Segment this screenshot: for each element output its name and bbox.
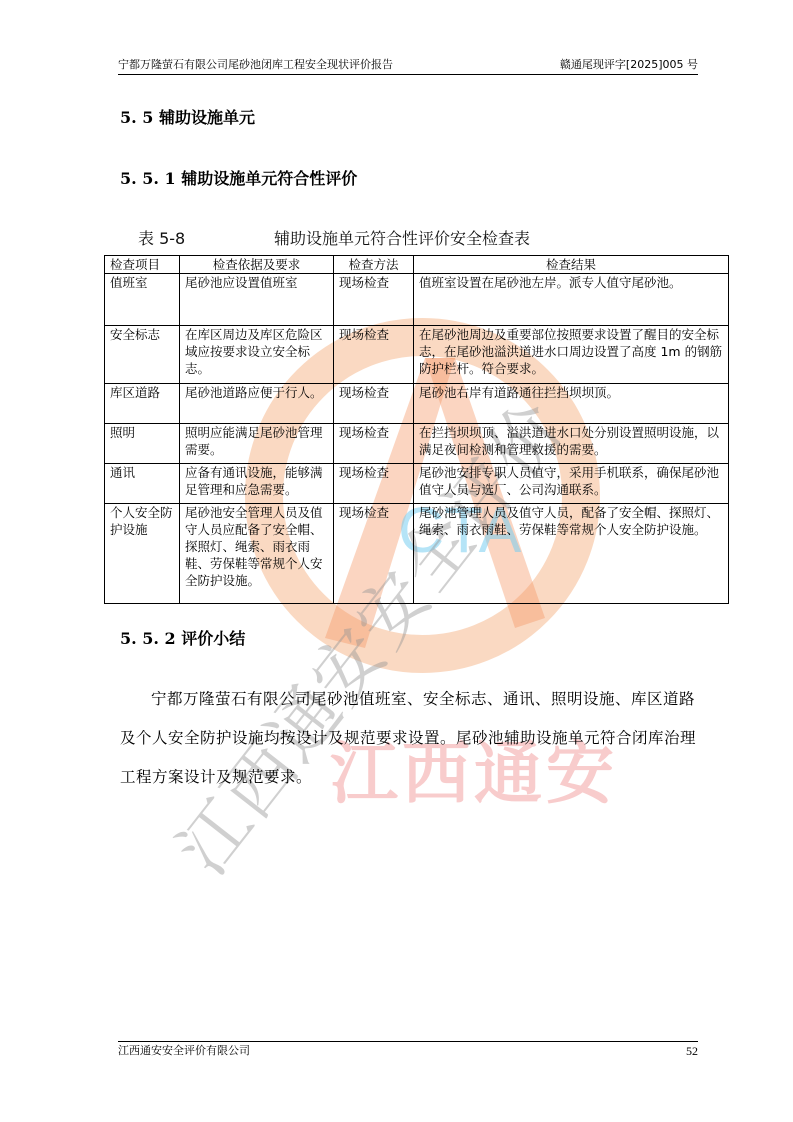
cell-result: 在拦挡坝坝顶、溢洪道进水口处分别设置照明设施，以满足夜间检测和管理救援的需要。 [414, 424, 729, 464]
footer-company: 江西通安安全评价有限公司 [118, 1043, 250, 1059]
col-header-item: 检查项目 [105, 256, 180, 274]
section-heading-5-5-1: 5. 5. 1 辅助设施单元符合性评价 [120, 166, 357, 189]
page-header: 宁都万隆萤石有限公司尾砂池闭库工程安全现状评价报告 赣通尾现评字[2025]00… [118, 56, 698, 75]
cell-requirement: 尾砂池安全管理人员及值守人员应配备了安全帽、探照灯、绳索、雨衣雨鞋、劳保鞋等常规… [180, 504, 334, 604]
cell-result: 值班室设置在尾砂池左岸。派专人值守尾砂池。 [414, 274, 729, 326]
cell-result: 尾砂池右岸有道路通往拦挡坝坝顶。 [414, 384, 729, 424]
cell-method: 现场检查 [334, 274, 414, 326]
cell-requirement: 尾砂池道路应便于行人。 [180, 384, 334, 424]
table-row: 个人安全防护设施 尾砂池安全管理人员及值守人员应配备了安全帽、探照灯、绳索、雨衣… [105, 504, 729, 604]
cell-method: 现场检查 [334, 464, 414, 504]
cell-method: 现场检查 [334, 326, 414, 384]
cell-result: 尾砂池管理人员及值守人员，配备了安全帽、探照灯、绳索、雨衣雨鞋、劳保鞋等常规个人… [414, 504, 729, 604]
col-header-result: 检查结果 [414, 256, 729, 274]
cell-method: 现场检查 [334, 424, 414, 464]
cell-requirement: 照明应能满足尾砂池管理需要。 [180, 424, 334, 464]
table-row: 安全标志 在库区周边及库区危险区域应按要求设立安全标志。 现场检查 在尾砂池周边… [105, 326, 729, 384]
table-row: 值班室 尾砂池应设置值班室 现场检查 值班室设置在尾砂池左岸。派专人值守尾砂池。 [105, 274, 729, 326]
summary-paragraph: 宁都万隆萤石有限公司尾砂池值班室、安全标志、通讯、照明设施、库区道路及个人安全防… [120, 680, 700, 797]
safety-check-table: 检查项目 检查依据及要求 检查方法 检查结果 值班室 尾砂池应设置值班室 现场检… [104, 255, 729, 604]
header-report-number: 赣通尾现评字[2025]005 号 [560, 56, 698, 74]
table-row: 库区道路 尾砂池道路应便于行人。 现场检查 尾砂池右岸有道路通往拦挡坝坝顶。 [105, 384, 729, 424]
cell-item: 照明 [105, 424, 180, 464]
table-header-row: 检查项目 检查依据及要求 检查方法 检查结果 [105, 256, 729, 274]
col-header-method: 检查方法 [334, 256, 414, 274]
cell-item: 安全标志 [105, 326, 180, 384]
table-title: 辅助设施单元符合性评价安全检查表 [274, 229, 530, 248]
col-header-requirement: 检查依据及要求 [180, 256, 334, 274]
cell-method: 现场检查 [334, 504, 414, 604]
cell-method: 现场检查 [334, 384, 414, 424]
cell-item: 库区道路 [105, 384, 180, 424]
cell-requirement: 应备有通讯设施，能够满足管理和应急需要。 [180, 464, 334, 504]
cell-item: 个人安全防护设施 [105, 504, 180, 604]
header-report-title: 宁都万隆萤石有限公司尾砂池闭库工程安全现状评价报告 [118, 56, 393, 74]
table-row: 通讯 应备有通讯设施，能够满足管理和应急需要。 现场检查 尾砂池安排专职人员值守… [105, 464, 729, 504]
section-heading-5-5: 5. 5 辅助设施单元 [120, 105, 255, 128]
cell-result: 在尾砂池周边及重要部位按照要求设置了醒目的安全标志，在尾砂池溢洪道进水口周边设置… [414, 326, 729, 384]
section-heading-5-5-2: 5. 5. 2 评价小结 [120, 626, 245, 649]
cell-item: 通讯 [105, 464, 180, 504]
table-row: 照明 照明应能满足尾砂池管理需要。 现场检查 在拦挡坝坝顶、溢洪道进水口处分别设… [105, 424, 729, 464]
cell-item: 值班室 [105, 274, 180, 326]
table-number: 表 5-8 [138, 229, 274, 249]
page-footer: 江西通安安全评价有限公司 52 [118, 1041, 698, 1059]
table-caption: 表 5-8辅助设施单元符合性评价安全检查表 [138, 229, 698, 249]
cell-result: 尾砂池安排专职人员值守，采用手机联系，确保尾砂池值守人员与选厂、公司沟通联系。 [414, 464, 729, 504]
page-number: 52 [686, 1043, 698, 1059]
cell-requirement: 尾砂池应设置值班室 [180, 274, 334, 326]
cell-requirement: 在库区周边及库区危险区域应按要求设立安全标志。 [180, 326, 334, 384]
